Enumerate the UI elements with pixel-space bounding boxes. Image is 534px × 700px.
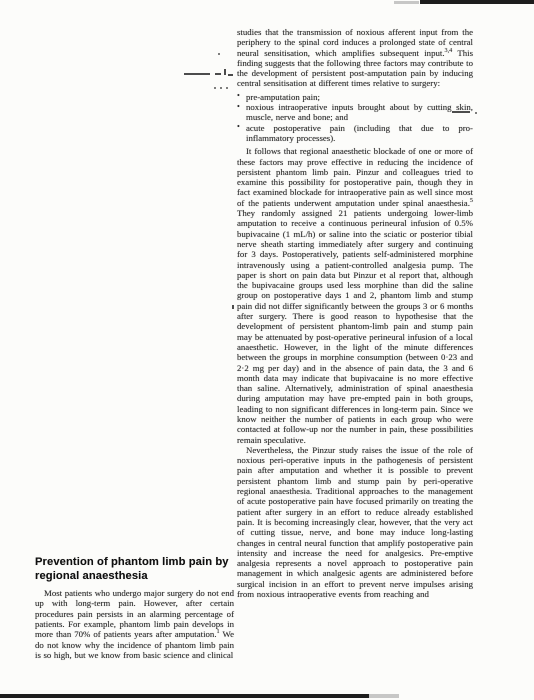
margin-mark (218, 53, 220, 55)
body-paragraph: Most patients who undergo major surgery … (35, 588, 234, 660)
list-item-text: pre-amputation pain; (246, 92, 320, 102)
paragraph-text: Nevertheless, the Pinzur study raises th… (237, 445, 473, 599)
margin-mark (220, 87, 222, 89)
bullet-list: •pre-amputation pain; •noxious intraoper… (237, 92, 473, 143)
margin-mark (228, 74, 233, 76)
margin-mark (215, 73, 221, 75)
body-paragraph: Nevertheless, the Pinzur study raises th… (237, 445, 473, 599)
scan-artifact-bottom-smudge (369, 694, 399, 698)
body-paragraph: It follows that regional anaesthetic blo… (237, 146, 473, 445)
bullet-icon: • (237, 91, 240, 101)
body-paragraph: studies that the transmission of noxious… (237, 27, 473, 89)
margin-mark (475, 112, 477, 114)
list-item: •acute postoperative pain (including tha… (237, 123, 473, 144)
list-item: •pre-amputation pain; (237, 92, 473, 102)
reference-superscript: 5 (470, 197, 473, 204)
paragraph-text: Most patients who undergo major surgery … (35, 588, 234, 639)
right-column: studies that the transmission of noxious… (237, 27, 473, 599)
list-item-text: acute postoperative pain (including that… (246, 123, 473, 143)
bullet-icon: • (237, 102, 240, 112)
scanned-journal-page: studies that the transmission of noxious… (0, 0, 534, 700)
margin-mark (232, 305, 234, 309)
paragraph-text: They randomly assigned 21 patients under… (237, 208, 473, 445)
margin-mark (224, 69, 226, 75)
article-start-section: Prevention of phantom limb pain by regio… (35, 556, 234, 660)
list-item: •noxious intraoperative inputs brought a… (237, 102, 473, 123)
margin-mark (226, 87, 228, 89)
scan-artifact-top-bar (420, 0, 534, 4)
paragraph-text: studies that the transmission of noxious… (237, 27, 473, 58)
bullet-icon: • (237, 122, 240, 132)
list-item-text: noxious intraoperative inputs brought ab… (246, 102, 473, 122)
article-title: Prevention of phantom limb pain by regio… (35, 556, 234, 583)
scan-artifact-top-smudge (394, 1, 419, 4)
paragraph-text: It follows that regional anaesthetic blo… (237, 146, 473, 207)
margin-mark (214, 87, 216, 89)
scan-artifact-bottom-bar (0, 694, 369, 698)
margin-mark (184, 73, 210, 75)
